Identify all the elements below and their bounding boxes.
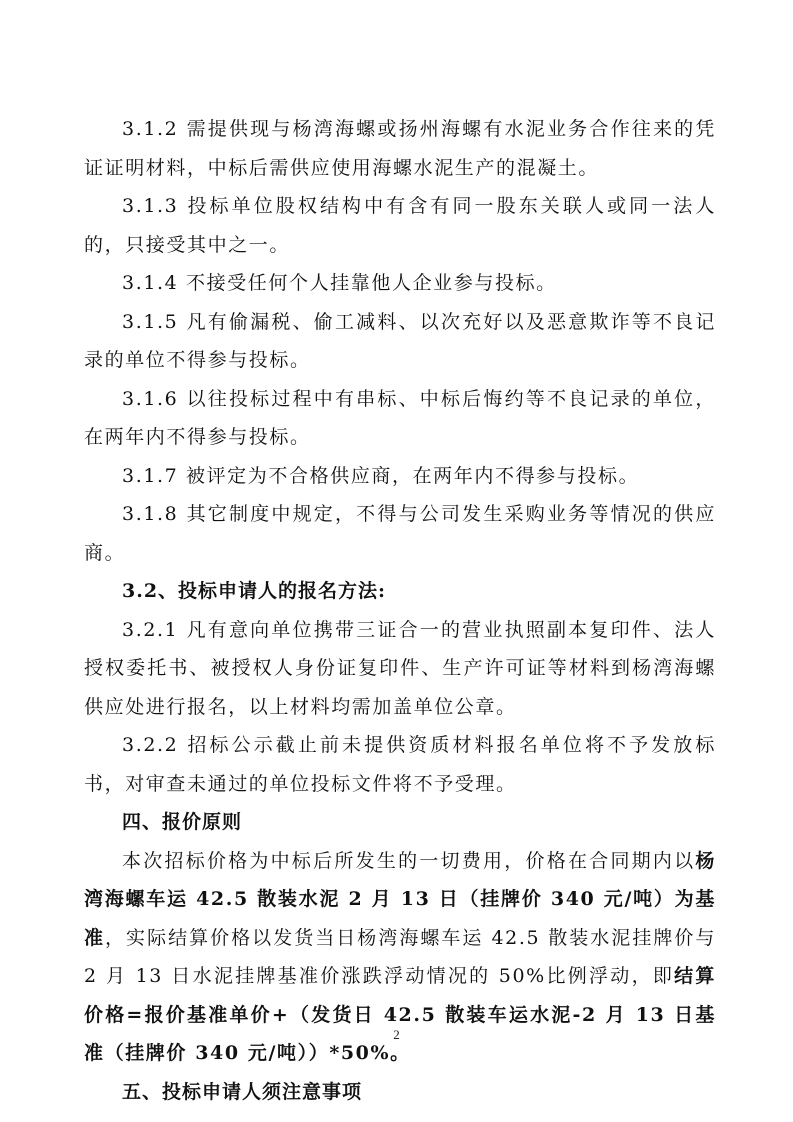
paragraph-3-1-7: 3.1.7 被评定为不合格供应商，在两年内不得参与投标。	[84, 457, 716, 496]
pricing-text-1: 本次招标价格为中标后所发生的一切费用，价格在合同期内以	[122, 850, 695, 872]
document-body: 3.1.2 需提供现与杨湾海螺或扬州海螺有水泥业务合作往来的凭证证明材料，中标后…	[84, 110, 716, 1111]
paragraph-3-1-8: 3.1.8 其它制度中规定，不得与公司发生采购业务等情况的供应商。	[84, 495, 716, 572]
section-heading-4: 四、报价原则	[84, 803, 716, 842]
paragraph-3-1-3: 3.1.3 投标单位股权结构中有含有同一股东关联人或同一法人的，只接受其中之一。	[84, 187, 716, 264]
paragraph-3-1-5: 3.1.5 凡有偷漏税、偷工减料、以次充好以及恶意欺诈等不良记录的单位不得参与投…	[84, 303, 716, 380]
paragraph-3-1-2: 3.1.2 需提供现与杨湾海螺或扬州海螺有水泥业务合作往来的凭证证明材料，中标后…	[84, 110, 716, 187]
paragraph-3-2-2: 3.2.2 招标公示截止前未提供资质材料报名单位将不予发放标书，对审查未通过的单…	[84, 726, 716, 803]
paragraph-3-1-6: 3.1.6 以往投标过程中有串标、中标后悔约等不良记录的单位，在两年内不得参与投…	[84, 380, 716, 457]
page-number: 2	[0, 1027, 793, 1043]
paragraph-3-2-1: 3.2.1 凡有意向单位携带三证合一的营业执照副本复印件、法人授权委托书、被授权…	[84, 611, 716, 727]
section-heading-5: 五、投标申请人须注意事项	[84, 1073, 716, 1112]
pricing-text-2: ，实际结算价格以发货当日杨湾海螺车运 42.5 散装水泥挂牌价与 2 月 13 …	[84, 927, 716, 988]
paragraph-3-1-4: 3.1.4 不接受任何个人挂靠他人企业参与投标。	[84, 264, 716, 303]
section-heading-3-2: 3.2、投标申请人的报名方法:	[84, 572, 716, 611]
